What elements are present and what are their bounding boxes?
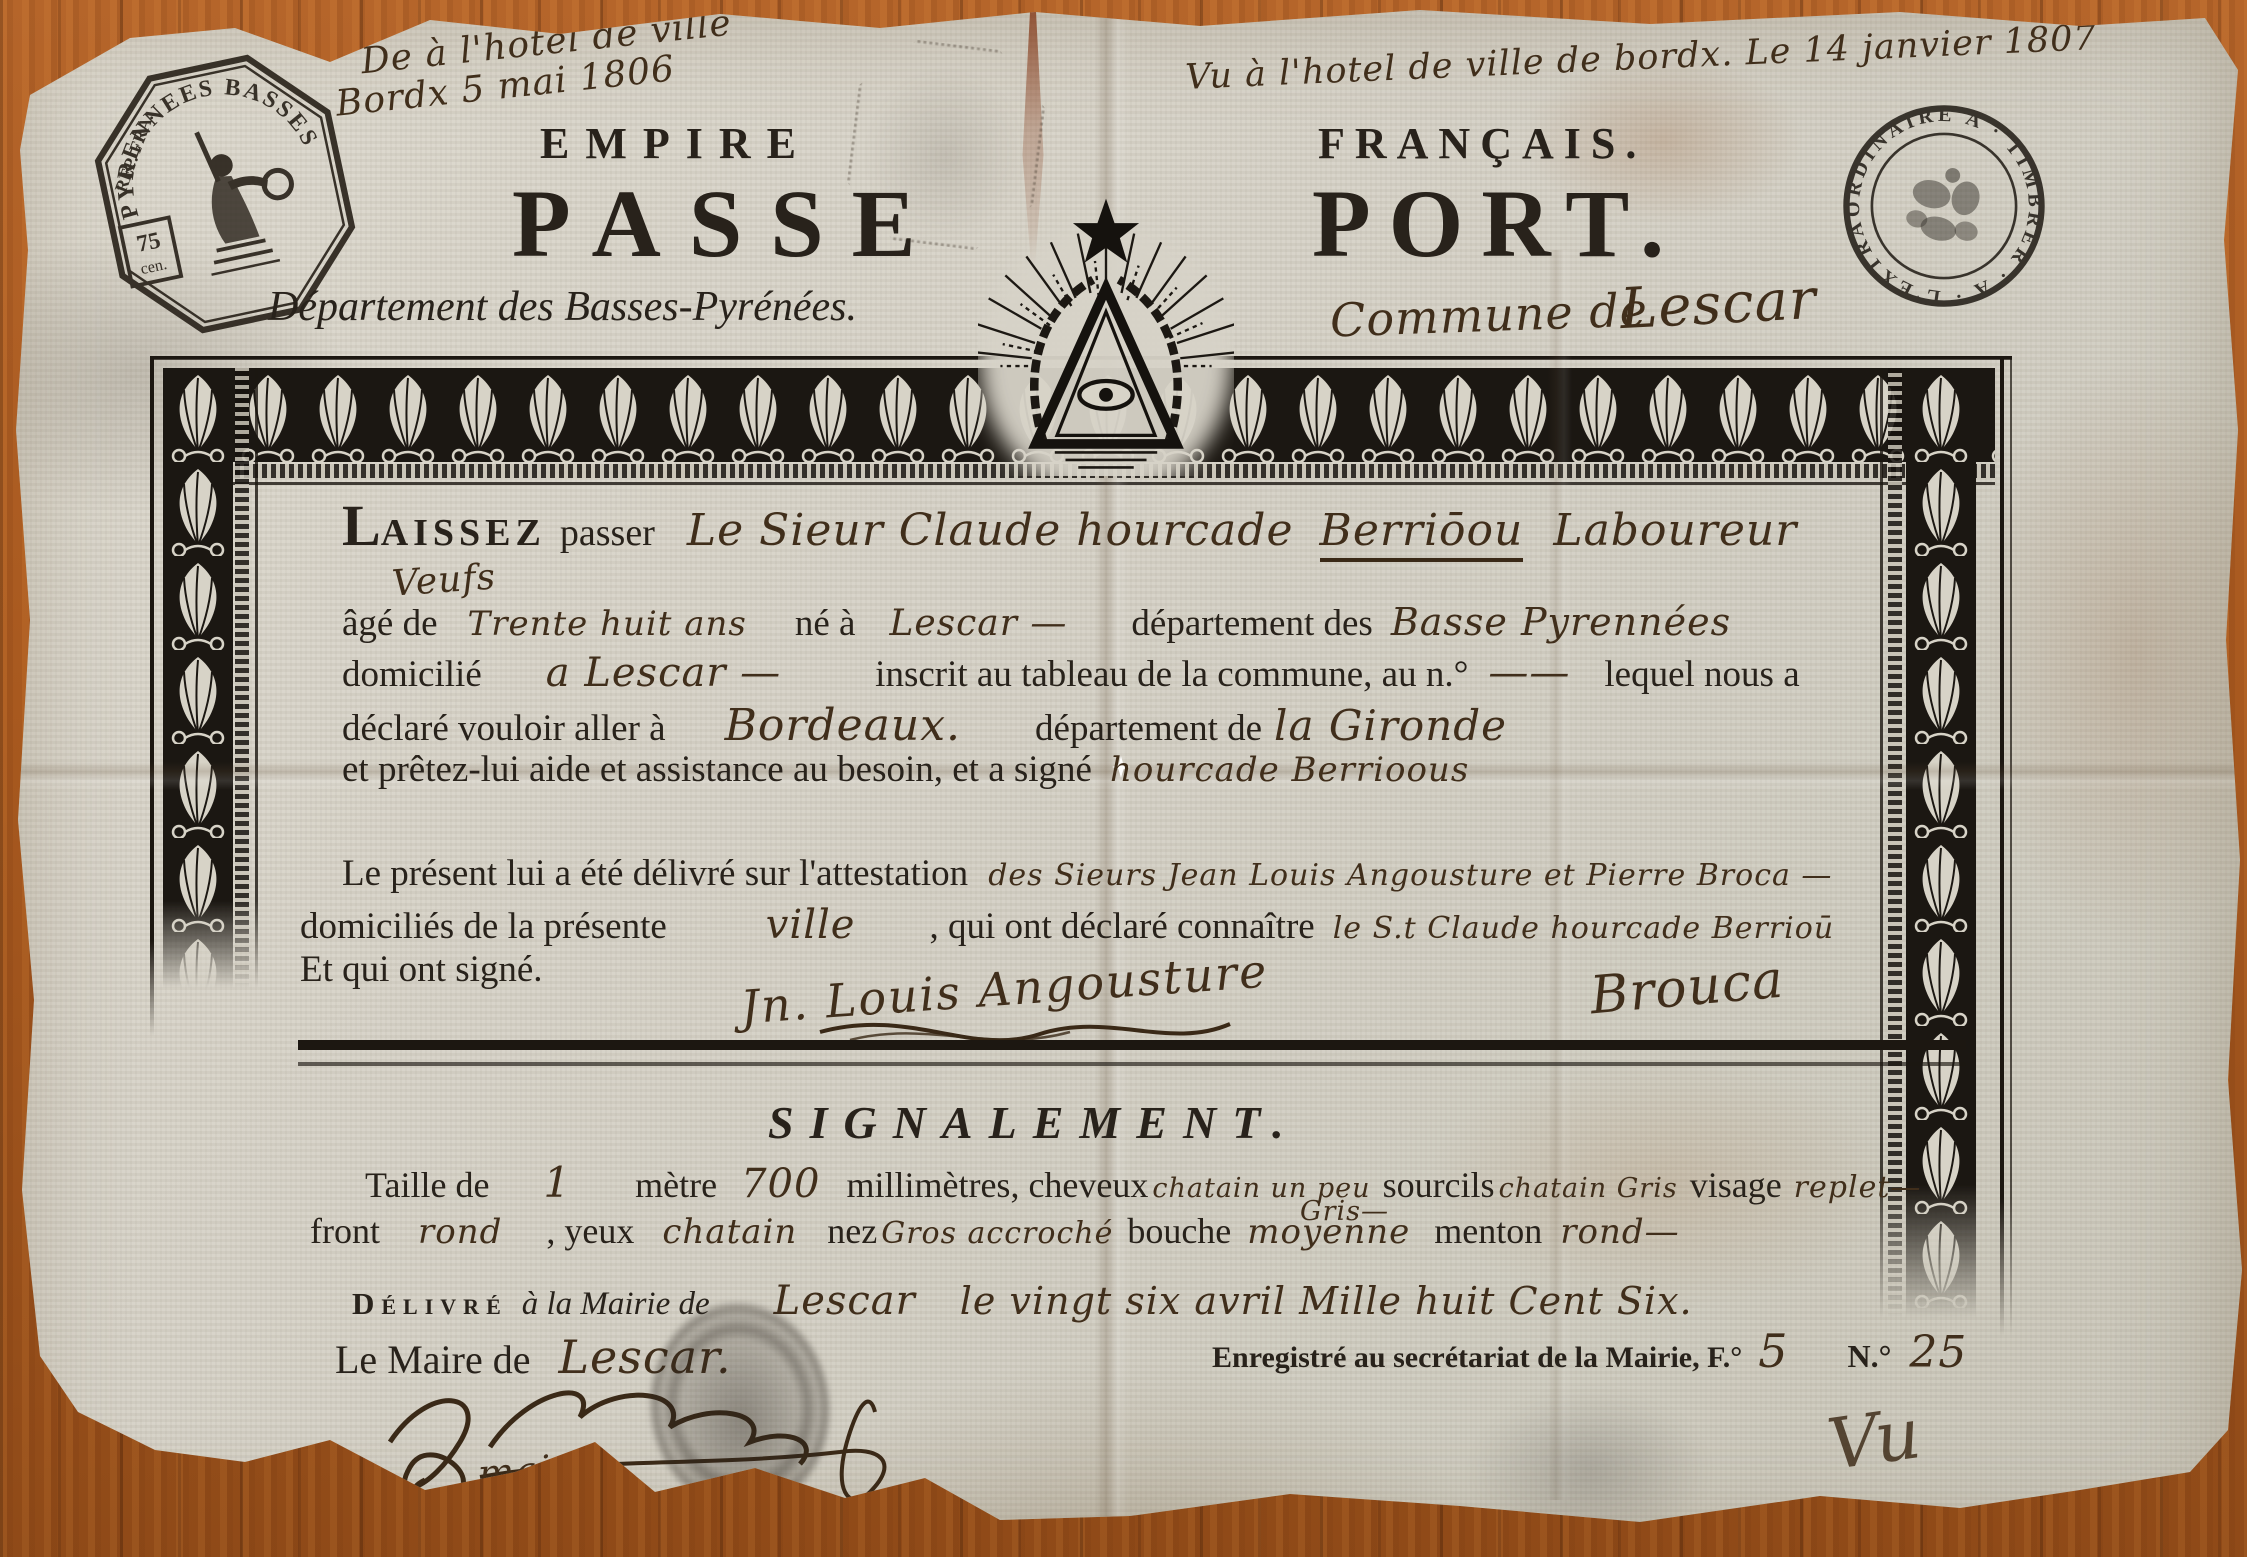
passport-paper-sheet: De à l'hotel de ville Bordx 5 mai 1806 V… — [0, 0, 2247, 1557]
octagon-stamp-value-unit: cen. — [139, 255, 169, 278]
visage-value-hw: replet— — [1794, 1170, 1922, 1205]
folio-value-hw: 5 — [1758, 1324, 1788, 1378]
attestation-witnesses-hw: des Sieurs Jean Louis Angousture et Pier… — [988, 858, 1832, 893]
ville-value-hw: ville — [766, 902, 856, 948]
nez-label: nez — [827, 1211, 877, 1251]
bearer-name-hw: Le Sieur Claude hourcade — [687, 505, 1294, 556]
connaitre-label: , qui ont déclaré connaître — [929, 906, 1314, 947]
numero-dash-hw: —— — [1488, 650, 1570, 696]
nez-value-hw: Gros accroché — [881, 1216, 1113, 1251]
domicile-line: domicilié a Lescar — inscrit au tableau … — [342, 650, 1800, 696]
birthplace-value-hw: Lescar — — [889, 603, 1067, 644]
taille-label: Taille de — [365, 1165, 489, 1205]
date-value-hw: le vingt six avril Mille huit Cent Six. — [960, 1279, 1693, 1323]
department-label: département des — [1131, 603, 1372, 644]
delivre-label: Délivré — [352, 1286, 508, 1321]
ornamental-left-band — [163, 368, 233, 988]
laissez-passer-line: LAISSEZ passer Le Sieur Claude hourcade … — [342, 492, 1797, 559]
round-stamp-floral-center — [1903, 160, 1992, 250]
front-label: front — [310, 1211, 380, 1251]
signature-flourish — [790, 1002, 1250, 1062]
front-value-hw: rond — [418, 1212, 502, 1252]
domicile-label: domicilié — [342, 654, 482, 695]
metre-label: mètre — [635, 1165, 717, 1205]
assistance-label: et prêtez-lui aide et assistance au beso… — [342, 749, 1092, 790]
domicilies-line: domiciliés de la présente ville , qui on… — [300, 902, 1834, 948]
inscrit-label: inscrit au tableau de la commune, au n.° — [875, 654, 1468, 695]
department-value-hw: Basse Pyrennées — [1391, 600, 1731, 644]
assistance-line: et prêtez-lui aide et assistance au beso… — [342, 748, 1469, 791]
title-francais: FRANÇAIS. — [1318, 118, 1646, 169]
bearer-occupation-hw: Laboureur — [1553, 505, 1797, 556]
laissez-initial: L — [342, 493, 381, 558]
frame-rule-top-inner — [163, 482, 1995, 485]
attestation-label: Le présent lui a été délivré sur l'attes… — [342, 853, 968, 894]
commune-label: Commune de — [1329, 282, 1649, 347]
vu-annotation: Vu — [1823, 1392, 1927, 1486]
bearer-signature-hw: hourcade Berrioous — [1110, 750, 1469, 790]
frame-rule-left-outer — [150, 356, 154, 1036]
mairie-label: à la Mairie de — [522, 1286, 710, 1322]
photographed-passport-document: De à l'hotel de ville Bordx 5 mai 1806 V… — [0, 0, 2247, 1557]
section-divider-thin — [298, 1062, 1966, 1066]
domicilies-label: domiciliés de la présente — [300, 906, 667, 947]
bearer-surname-hw: Berriōou — [1320, 505, 1524, 562]
sourcils-label: sourcils — [1383, 1165, 1495, 1205]
signalement-line1: Taille de 1 mètre 700 millimètres, cheve… — [365, 1158, 1921, 1207]
mm-value-hw: 700 — [741, 1161, 820, 1207]
annotation-top-right: Vu à l'hotel de ville de bordx. Le 14 ja… — [1185, 18, 2098, 98]
destination-label: déclaré vouloir aller à — [342, 708, 666, 749]
section-divider-thick — [298, 1040, 1966, 1050]
destination-line: déclaré vouloir aller à Bordeaux. départ… — [342, 700, 1507, 751]
frame-rule-left-inner — [255, 368, 258, 988]
commune-value: Lescar — [1618, 267, 1818, 342]
bouche-label: bouche — [1127, 1211, 1231, 1251]
enregistrement-line: Enregistré au secrétariat de la Mairie, … — [1212, 1324, 1967, 1378]
signalement-line2: front rond , yeux chatain nez Gros accro… — [310, 1210, 1680, 1252]
department2-value-hw: la Gironde — [1274, 701, 1507, 750]
department-line: Département des Basses-Pyrénées. — [268, 283, 857, 331]
radiant-triangle-eye-emblem — [978, 190, 1234, 476]
sourcils-value-hw: chatain Gris — [1499, 1173, 1678, 1204]
age-label: âgé de — [342, 603, 438, 644]
passer-word: passer — [560, 512, 655, 554]
bouche-value-hw: moyenne — [1247, 1212, 1410, 1252]
age-value-hw: Trente huit ans — [468, 604, 747, 644]
menton-value-hw: rond— — [1560, 1212, 1679, 1252]
title-port: PORT. — [1312, 168, 1682, 279]
numero-value-hw: 25 — [1909, 1327, 1967, 1378]
visage-label: visage — [1690, 1165, 1782, 1205]
round-timbre-extraordinaire-stamp: A · TIMBRER · A · L'EXTRAORDINAIRE · — [1816, 78, 2073, 335]
octagon-stamp-value: 75 — [134, 227, 163, 257]
attestation-line: Le présent lui a été délivré sur l'attes… — [342, 852, 1832, 895]
delivrance-line: Délivré à la Mairie de Lescar le vingt s… — [352, 1278, 1693, 1324]
title-passe: PASSE — [512, 168, 944, 279]
etqui-line: Et qui ont signé. — [300, 948, 543, 991]
age-line: âgé de Trente huit ans né à Lescar — dép… — [342, 600, 1731, 645]
lequel-label: lequel nous a — [1604, 654, 1799, 695]
birthplace-label: né à — [795, 603, 856, 644]
frame-rule-right-outer2 — [2010, 356, 2012, 1336]
frame-rule-right-outer — [2000, 356, 2004, 1336]
menton-label: menton — [1434, 1211, 1542, 1251]
veufs-annotation: Veufs — [391, 556, 498, 604]
domicile-value-hw: a Lescar — — [546, 650, 781, 696]
taille-value-hw: 1 — [543, 1158, 571, 1207]
mairie-value-hw: Lescar — [774, 1278, 916, 1324]
numero-label: N.° — [1847, 1338, 1891, 1374]
department2-label: département de — [1035, 708, 1262, 749]
connaitre-value-hw: le S.t Claude hourcade Berrioū — [1333, 911, 1834, 946]
ornamental-left-bead-strip — [235, 368, 249, 988]
yeux-label: , yeux — [546, 1211, 634, 1251]
cheveux-label: millimètres, cheveux — [846, 1165, 1148, 1205]
signature-broca: Brouca — [1588, 950, 1786, 1027]
signalement-title: SIGNALEMENT. — [768, 1096, 1300, 1149]
title-empire: EMPIRE — [540, 118, 812, 169]
enregistre-label: Enregistré au secrétariat de la Mairie, … — [1212, 1341, 1742, 1374]
destination-value-hw: Bordeaux. — [725, 700, 961, 751]
yeux-value-hw: chatain — [662, 1212, 797, 1252]
laissez-word: AISSEZ — [381, 512, 546, 554]
